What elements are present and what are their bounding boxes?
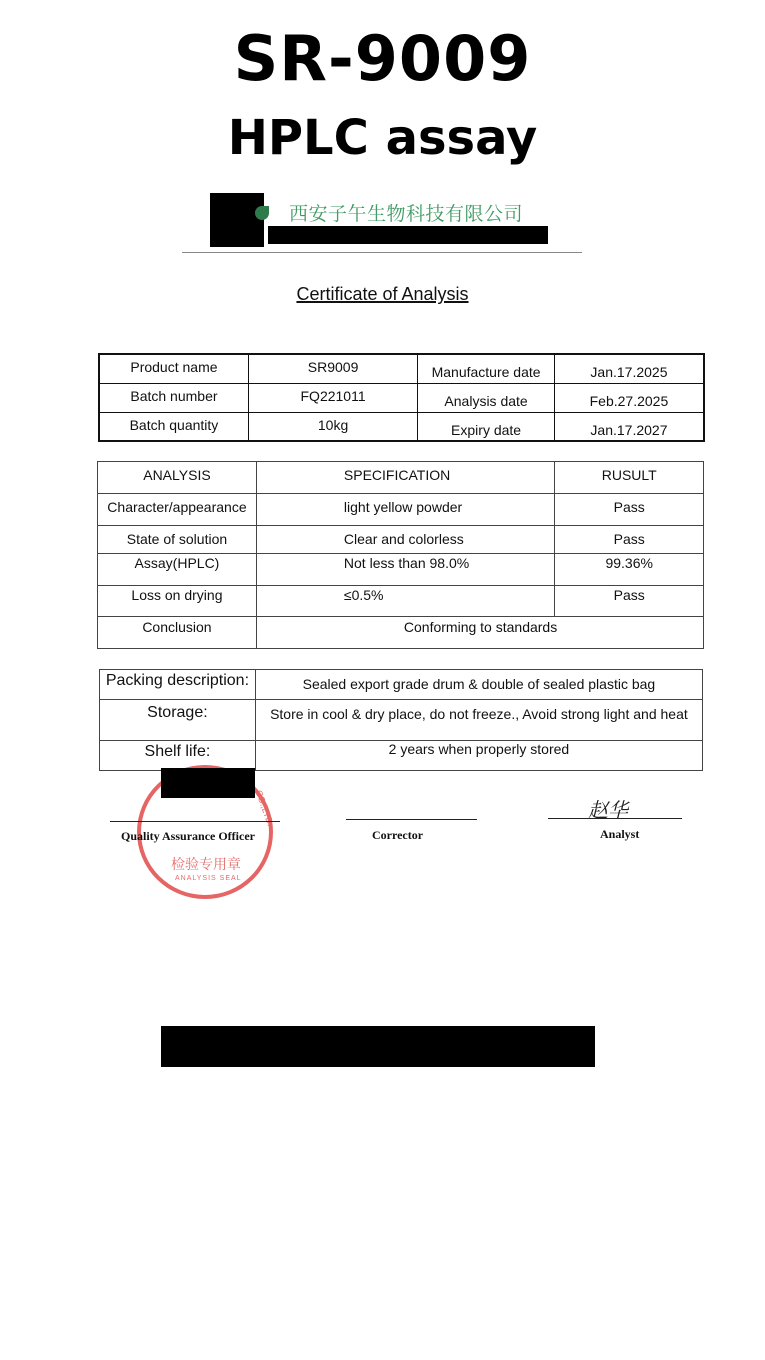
table-row: State of solution Clear and colorless Pa… <box>98 526 704 554</box>
table-header-row: ANALYSIS SPECIFICATION RUSULT <box>98 462 704 494</box>
document-subtitle: HPLC assay <box>0 110 765 166</box>
qa-signature-line <box>110 821 280 822</box>
column-header-result: RUSULT <box>555 462 704 494</box>
column-header-analysis: ANALYSIS <box>98 462 257 494</box>
analysis-spec: Not less than 98.0% <box>256 554 555 586</box>
packing-label: Packing description: <box>100 670 256 700</box>
storage-label: Storage: <box>100 700 256 741</box>
company-logo-redacted <box>210 193 264 247</box>
product-name-value: SR9009 <box>248 354 417 383</box>
manufacture-date-value: Jan.17.2025 <box>554 354 704 383</box>
qa-officer-label: Quality Assurance Officer <box>121 829 255 844</box>
manufacture-date-label: Manufacture date <box>418 354 555 383</box>
analysis-spec: ≤0.5% <box>256 586 555 617</box>
table-row: Storage: Store in cool & dry place, do n… <box>100 700 703 741</box>
expiry-date-value: Jan.17.2027 <box>554 412 704 441</box>
product-name-label: Product name <box>99 354 248 383</box>
leaf-logo-icon <box>255 206 269 220</box>
table-row: Assay(HPLC) Not less than 98.0% 99.36% <box>98 554 704 586</box>
conclusion-label: Conclusion <box>98 617 257 649</box>
analysis-result: Pass <box>555 526 704 554</box>
product-info-table: Product name SR9009 Manufacture date Jan… <box>98 353 705 442</box>
corrector-label: Corrector <box>372 828 423 843</box>
storage-value: Store in cool & dry place, do not freeze… <box>255 700 702 741</box>
stamp-text-cn: 检验专用章 <box>171 854 241 874</box>
analysis-item: Character/appearance <box>98 494 257 526</box>
stamp-text-en: ANALYSIS SEAL <box>175 875 242 882</box>
table-row: Product name SR9009 Manufacture date Jan… <box>99 354 704 383</box>
column-header-specification: SPECIFICATION <box>256 462 555 494</box>
table-row: Batch number FQ221011 Analysis date Feb.… <box>99 383 704 412</box>
analysis-result: Pass <box>555 494 704 526</box>
batch-quantity-value: 10kg <box>248 412 417 441</box>
packing-table: Packing description: Sealed export grade… <box>99 669 703 771</box>
table-row: Character/appearance light yellow powder… <box>98 494 704 526</box>
analysis-result: 99.36% <box>555 554 704 586</box>
batch-quantity-label: Batch quantity <box>99 412 248 441</box>
analysis-date-value: Feb.27.2025 <box>554 383 704 412</box>
table-row: Packing description: Sealed export grade… <box>100 670 703 700</box>
batch-number-value: FQ221011 <box>248 383 417 412</box>
analysis-spec: light yellow powder <box>256 494 555 526</box>
analyst-signature-line <box>548 818 682 819</box>
certificate-heading: Certificate of Analysis <box>0 284 765 305</box>
analysis-item: Assay(HPLC) <box>98 554 257 586</box>
batch-number-label: Batch number <box>99 383 248 412</box>
analysis-date-label: Analysis date <box>418 383 555 412</box>
table-row: Conclusion Conforming to standards <box>98 617 704 649</box>
shelf-life-label: Shelf life: <box>100 741 256 771</box>
company-address-redacted <box>268 226 548 244</box>
analysis-spec: Clear and colorless <box>256 526 555 554</box>
analysis-table: ANALYSIS SPECIFICATION RUSULT Character/… <box>97 461 704 649</box>
packing-value: Sealed export grade drum & double of sea… <box>255 670 702 700</box>
shelf-life-value: 2 years when properly stored <box>255 741 702 771</box>
company-name: 西安子午生物科技有限公司 <box>289 199 523 226</box>
conclusion-value: Conforming to standards <box>256 617 703 649</box>
analyst-label: Analyst <box>600 827 639 842</box>
table-row: Batch quantity 10kg Expiry date Jan.17.2… <box>99 412 704 441</box>
table-row: Loss on drying ≤0.5% Pass <box>98 586 704 617</box>
expiry-date-label: Expiry date <box>418 412 555 441</box>
analysis-item: State of solution <box>98 526 257 554</box>
corrector-signature-line <box>346 819 477 820</box>
document-title: SR-9009 <box>0 22 765 95</box>
header-divider <box>182 252 582 253</box>
footer-redaction <box>161 1026 595 1067</box>
stamp-redaction <box>161 768 255 798</box>
analysis-item: Loss on drying <box>98 586 257 617</box>
analysis-result: Pass <box>555 586 704 617</box>
